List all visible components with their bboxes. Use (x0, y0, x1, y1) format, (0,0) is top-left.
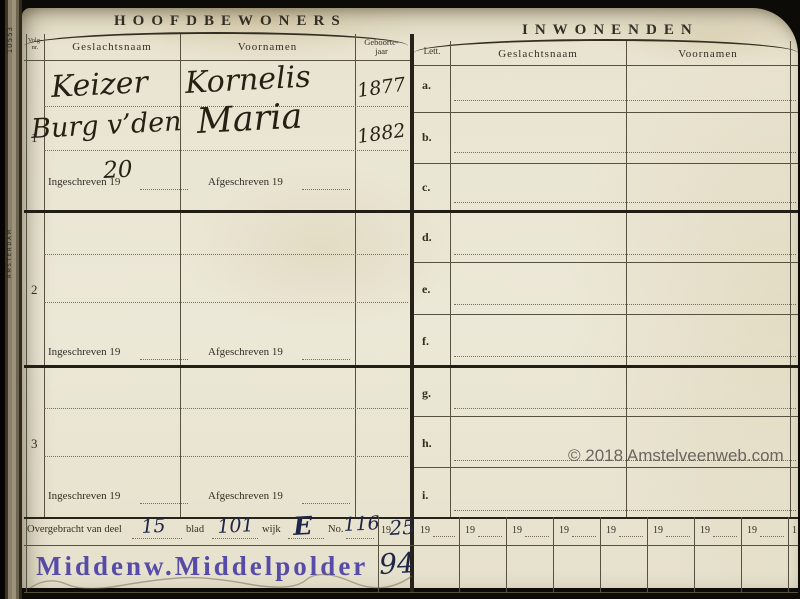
blad-label: blad (186, 524, 204, 535)
handwriting-voornamen-2: Maria (196, 97, 303, 142)
year-col-3: 19 (559, 525, 569, 536)
col-header-inw-voornamen: Voornamen (626, 48, 790, 60)
handwriting-geslachtsnaam-1: Keizer (50, 65, 149, 105)
year-col-6: 19 (700, 525, 710, 536)
letter-h: h. (422, 436, 432, 451)
spine-printer-mark: AMSTERDAM (7, 228, 13, 278)
handwriting-geboortejaar-1: 1877 (356, 73, 407, 102)
handwriting-geboortejaar-2: 1882 (356, 119, 407, 148)
overgebracht-label: Overgebracht van deel (27, 524, 122, 535)
ingeschreven-label-2: Ingeschreven 19 (48, 346, 120, 358)
no-label: No. (328, 524, 343, 535)
pencil-scribble (28, 574, 428, 594)
col-header-inw-geslachtsnaam: Geslachtsnaam (450, 48, 626, 60)
handwriting-geslachtsnaam-2: Burg v’den (30, 106, 182, 145)
letter-e: e. (422, 282, 430, 297)
letter-g: g. (422, 386, 431, 401)
ingeschreven-label-3: Ingeschreven 19 (48, 490, 120, 502)
book-spine: 10553 AMSTERDAM (0, 0, 22, 599)
handwriting-voornamen-1: Kornelis (184, 59, 311, 101)
letter-a: a. (422, 78, 431, 93)
year-col-4: 19 (606, 525, 616, 536)
handwriting-year-25: 25 (389, 515, 416, 540)
handwriting-ingeschreven-year-1: 20 (103, 157, 134, 184)
year-col-partial: 1 (792, 525, 797, 536)
row-number-3: 3 (31, 436, 38, 452)
letter-c: c. (422, 180, 430, 195)
afgeschreven-label-2: Afgeschreven 19 (208, 346, 283, 358)
letter-b: b. (422, 130, 432, 145)
handwriting-no: 116 (343, 512, 380, 536)
register-page-photo: 10553 AMSTERDAM HOOFDBEWONERS INWONENDEN (0, 0, 800, 599)
letter-d: d. (422, 230, 432, 245)
year-col-2: 19 (512, 525, 522, 536)
col-header-geslachtsnaam: Geslachtsnaam (44, 41, 180, 53)
handwriting-wijk: E (292, 511, 313, 541)
row-number-2: 2 (31, 282, 38, 298)
col-header-geboortejaar: Geboorte- jaar (355, 38, 408, 56)
year-col-1: 19 (465, 525, 475, 536)
afgeschreven-label-1: Afgeschreven 19 (208, 176, 283, 188)
col-header-lett: Lett. (414, 46, 450, 56)
register-sheet: HOOFDBEWONERS INWONENDEN (22, 8, 798, 588)
letter-f: f. (422, 334, 429, 349)
wijk-label: wijk (262, 524, 281, 535)
letter-i: i. (422, 488, 428, 503)
copyright-watermark: © 2018 Amstelveenweb.com (568, 446, 784, 466)
section-title-inwonenden: INWONENDEN (522, 22, 699, 39)
handwriting-deel: 15 (141, 515, 166, 538)
section-title-hoofdbewoners: HOOFDBEWONERS (114, 13, 347, 30)
handwriting-blad: 101 (217, 514, 254, 538)
col-header-volgnr: Volg- nr. (26, 37, 44, 51)
col-header-voornamen: Voornamen (180, 41, 355, 53)
spine-number: 10553 (6, 26, 14, 53)
year-col-7: 19 (747, 525, 757, 536)
year-col-5: 19 (653, 525, 663, 536)
afgeschreven-label-3: Afgeschreven 19 (208, 490, 283, 502)
year-col-0: 19 (420, 525, 430, 536)
